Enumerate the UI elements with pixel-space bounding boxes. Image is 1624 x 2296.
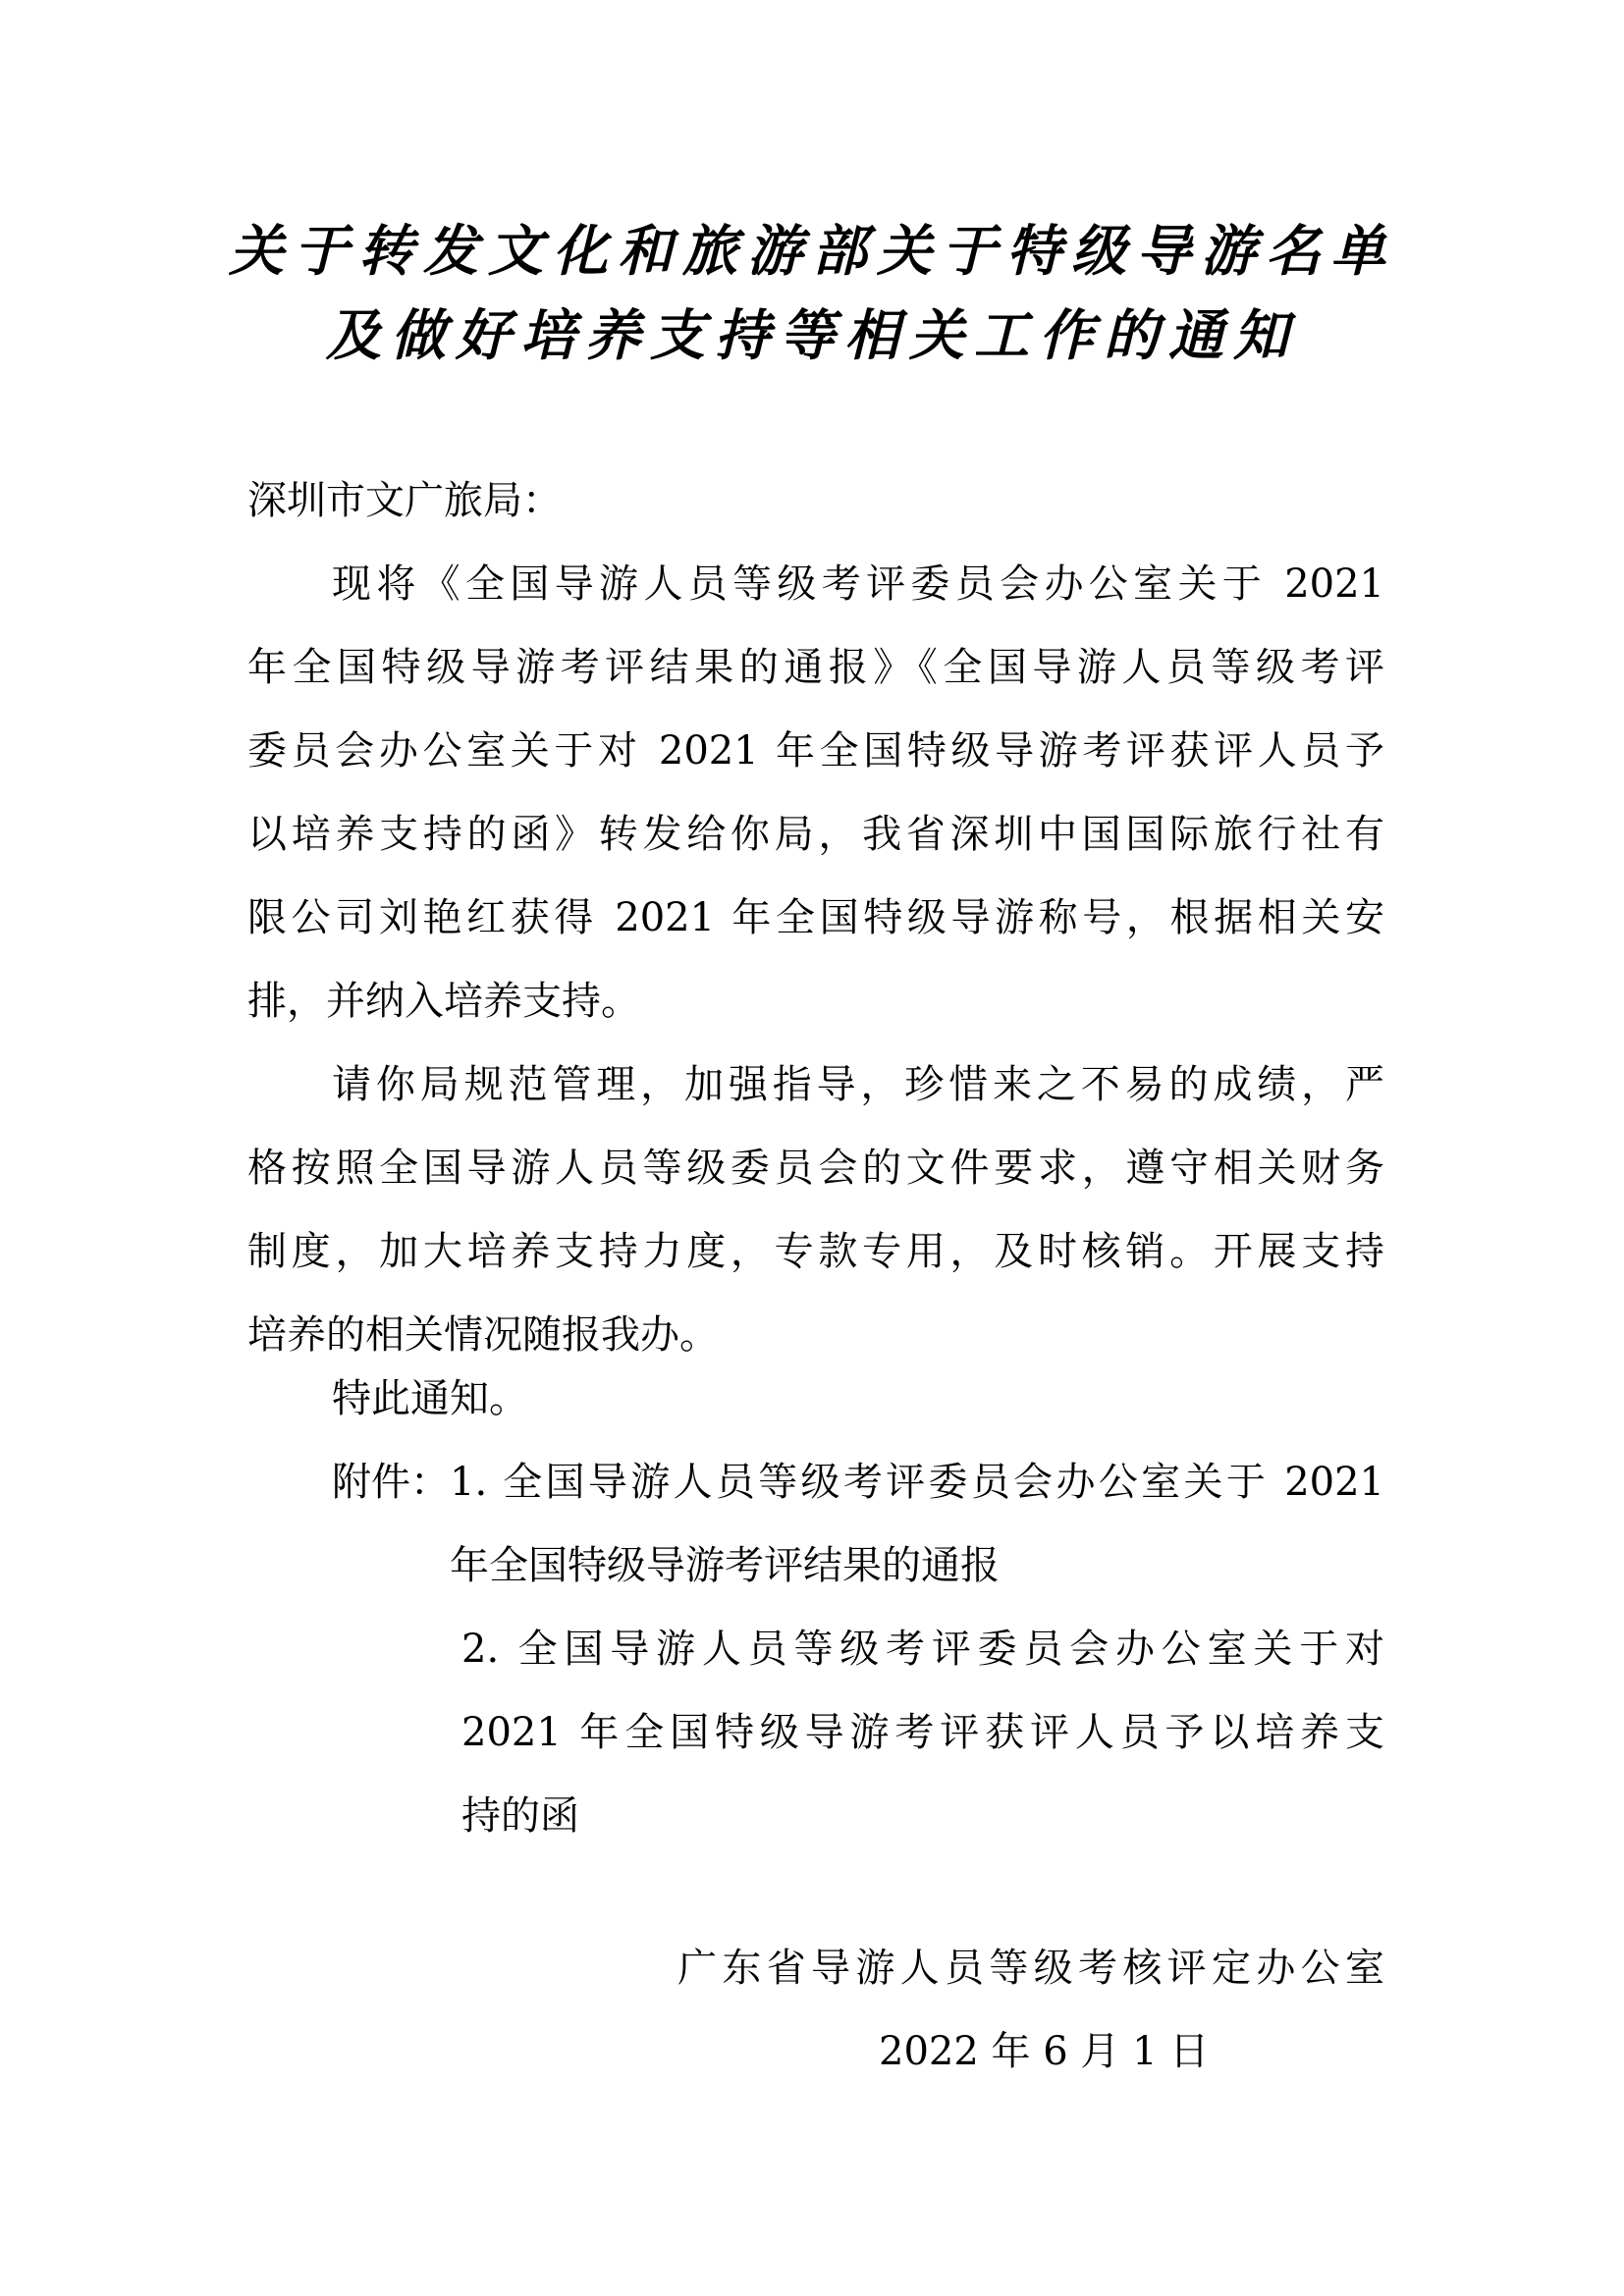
- attachment-item-2-line: 2. 全国导游人员等级考评委员会办公室关于对: [461, 1625, 1384, 1674]
- paragraph-1-line: 委员会办公室关于对 2021 年全国特级导游考评获评人员予: [247, 726, 1384, 775]
- closing-statement: 特此通知。: [332, 1374, 528, 1423]
- document-title-line-1: 关于转发文化和旅游部关于特级导游名单: [0, 218, 1624, 287]
- paragraph-2-line: 格按照全国导游人员等级委员会的文件要求，遵守相关财务: [247, 1144, 1384, 1193]
- attachments-label: 附件：: [332, 1458, 450, 1507]
- paragraph-2-line: 请你局规范管理，加强指导，珍惜来之不易的成绩，严: [332, 1060, 1384, 1109]
- paragraph-1-line: 排，并纳入培养支持。: [247, 977, 640, 1026]
- paragraph-1-line: 以培养支持的函》转发给你局，我省深圳中国国际旅行社有: [247, 810, 1384, 859]
- paragraph-1-line: 限公司刘艳红获得 2021 年全国特级导游称号，根据相关安: [247, 893, 1384, 942]
- signature-organization: 广东省导游人员等级考核评定办公室: [677, 1944, 1384, 1993]
- signature-date: 2022 年 6 月 1 日: [879, 2027, 1209, 2076]
- paragraph-1-line: 年全国特级导游考评结果的通报》《全国导游人员等级考评: [247, 643, 1384, 692]
- document-title-line-2: 及做好培养支持等相关工作的通知: [0, 302, 1624, 371]
- attachment-item-2-line: 2021 年全国特级导游考评获评人员予以培养支: [461, 1708, 1384, 1757]
- document-page: 关于转发文化和旅游部关于特级导游名单 及做好培养支持等相关工作的通知 深圳市文广…: [0, 0, 1624, 2296]
- addressee: 深圳市文广旅局：: [247, 476, 562, 525]
- paragraph-2-line: 制度，加大培养支持力度，专款专用，及时核销。开展支持: [247, 1227, 1384, 1276]
- attachment-item-2-line: 持的函: [461, 1791, 579, 1841]
- attachment-item-1-line: 年全国特级导游考评结果的通报: [450, 1541, 1000, 1590]
- paragraph-2-line: 培养的相关情况随报我办。: [247, 1310, 719, 1360]
- attachment-item-1-line: 1. 全国导游人员等级考评委员会办公室关于 2021: [450, 1458, 1384, 1507]
- paragraph-1-line: 现将《全国导游人员等级考评委员会办公室关于 2021: [332, 560, 1384, 609]
